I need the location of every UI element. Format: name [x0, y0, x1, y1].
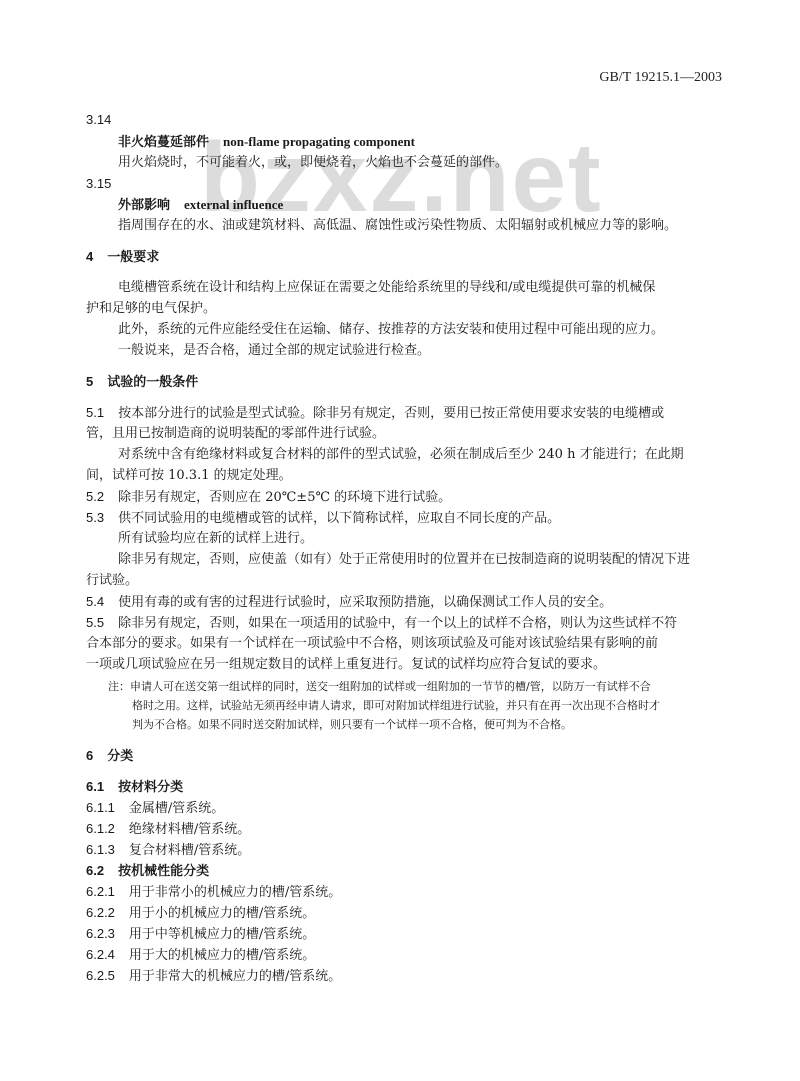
paragraph: 行试验。	[86, 573, 138, 589]
term-zh: 外部影响	[118, 198, 170, 213]
clause-5-3: 5.3供不同试验用的电缆槽或管的试样，以下简称试样，应取自不同长度的产品。	[86, 510, 560, 527]
list-item: 6.1.1金属槽/管系统。	[86, 800, 224, 817]
note: 注：申请人可在送交第一组试样的同时，送交一组附加的试样或一组附加的一节节的槽/管…	[108, 679, 651, 695]
term-en: external influence	[184, 197, 283, 212]
note: 格时之用。这样，试验站无须再经申请人请求，即可对附加试样组进行试验，并只有在再一…	[132, 698, 660, 714]
list-item: 6.2.3用于中等机械应力的槽/管系统。	[86, 926, 315, 943]
paragraph: 所有试验均应在新的试样上进行。	[118, 531, 313, 547]
clause-5-2: 5.2除非另有规定，否则应在 20℃±5℃ 的环境下进行试验。	[86, 489, 451, 506]
paragraph: 间，试样可按 10.3.1 的规定处理。	[86, 468, 292, 484]
term-zh: 非火焰蔓延部件	[118, 135, 209, 150]
paragraph: 此外，系统的元件应能经受住在运输、储存、按推荐的方法安装和使用过程中可能出现的应…	[118, 322, 664, 338]
standard-code: GB/T 19215.1—2003	[599, 70, 722, 86]
paragraph: 对系统中含有绝缘材料或复合材料的部件的型式试验，必须在制成后至少 240 h 才…	[118, 447, 684, 463]
clause-5-1: 5.1按本部分进行的试验是型式试验。除非另有规定，否则，要用已按正常使用要求安装…	[86, 405, 664, 422]
clause-number: 3.14	[86, 112, 111, 128]
subsection-heading: 6.2按机械性能分类	[86, 863, 209, 880]
paragraph: 一项或几项试验应在另一组规定数目的试样上重复进行。复试的试样均应符合复试的要求。	[86, 657, 606, 673]
term-definition: 指周围存在的水、油或建筑材料、高低温、腐蚀性或污染性物质、太阳辐射或机械应力等的…	[118, 218, 677, 234]
clause-5-4: 5.4使用有毒的或有害的过程进行试验时，应采取预防措施，以确保测试工作人员的安全…	[86, 594, 612, 611]
section-heading: 5试验的一般条件	[86, 374, 198, 391]
paragraph: 除非另有规定，否则，应使盖（如有）处于正常使用时的位置并在已按制造商的说明装配的…	[118, 552, 690, 568]
clause-5-5: 5.5除非另有规定，否则，如果在一项适用的试验中，有一个以上的试样不合格，则认为…	[86, 615, 677, 632]
subsection-heading: 6.1按材料分类	[86, 779, 183, 796]
list-item: 6.2.5用于非常大的机械应力的槽/管系统。	[86, 968, 341, 985]
list-item: 6.2.2用于小的机械应力的槽/管系统。	[86, 905, 315, 922]
section-heading: 4一般要求	[86, 249, 159, 266]
note: 判为不合格。如果不同时送交附加试样，则只要有一个试样一项不合格，便可判为不合格。	[132, 717, 572, 733]
paragraph: 一般说来，是否合格，通过全部的规定试验进行检查。	[118, 343, 430, 359]
term-en: non-flame propagating component	[223, 134, 415, 149]
paragraph: 护和足够的电气保护。	[86, 301, 216, 317]
term-heading: 非火焰蔓延部件non-flame propagating component	[118, 134, 415, 151]
list-item: 6.1.3复合材料槽/管系统。	[86, 842, 250, 859]
list-item: 6.1.2绝缘材料槽/管系统。	[86, 821, 250, 838]
paragraph: 管，且用已按制造商的说明装配的零部件进行试验。	[86, 426, 385, 442]
section-heading: 6分类	[86, 748, 133, 765]
list-item: 6.2.4用于大的机械应力的槽/管系统。	[86, 947, 315, 964]
list-item: 6.2.1用于非常小的机械应力的槽/管系统。	[86, 884, 341, 901]
paragraph: 电缆槽管系统在设计和结构上应保证在需要之处能给系统里的导线和/或电缆提供可靠的机…	[118, 280, 655, 296]
paragraph: 合本部分的要求。如果有一个试样在一项试验中不合格，则该项试验及可能对该试验结果有…	[86, 636, 658, 652]
clause-number: 3.15	[86, 176, 111, 192]
term-heading: 外部影响external influence	[118, 197, 283, 214]
term-definition: 用火焰烧时，不可能着火，或，即便烧着，火焰也不会蔓延的部件。	[118, 155, 508, 171]
